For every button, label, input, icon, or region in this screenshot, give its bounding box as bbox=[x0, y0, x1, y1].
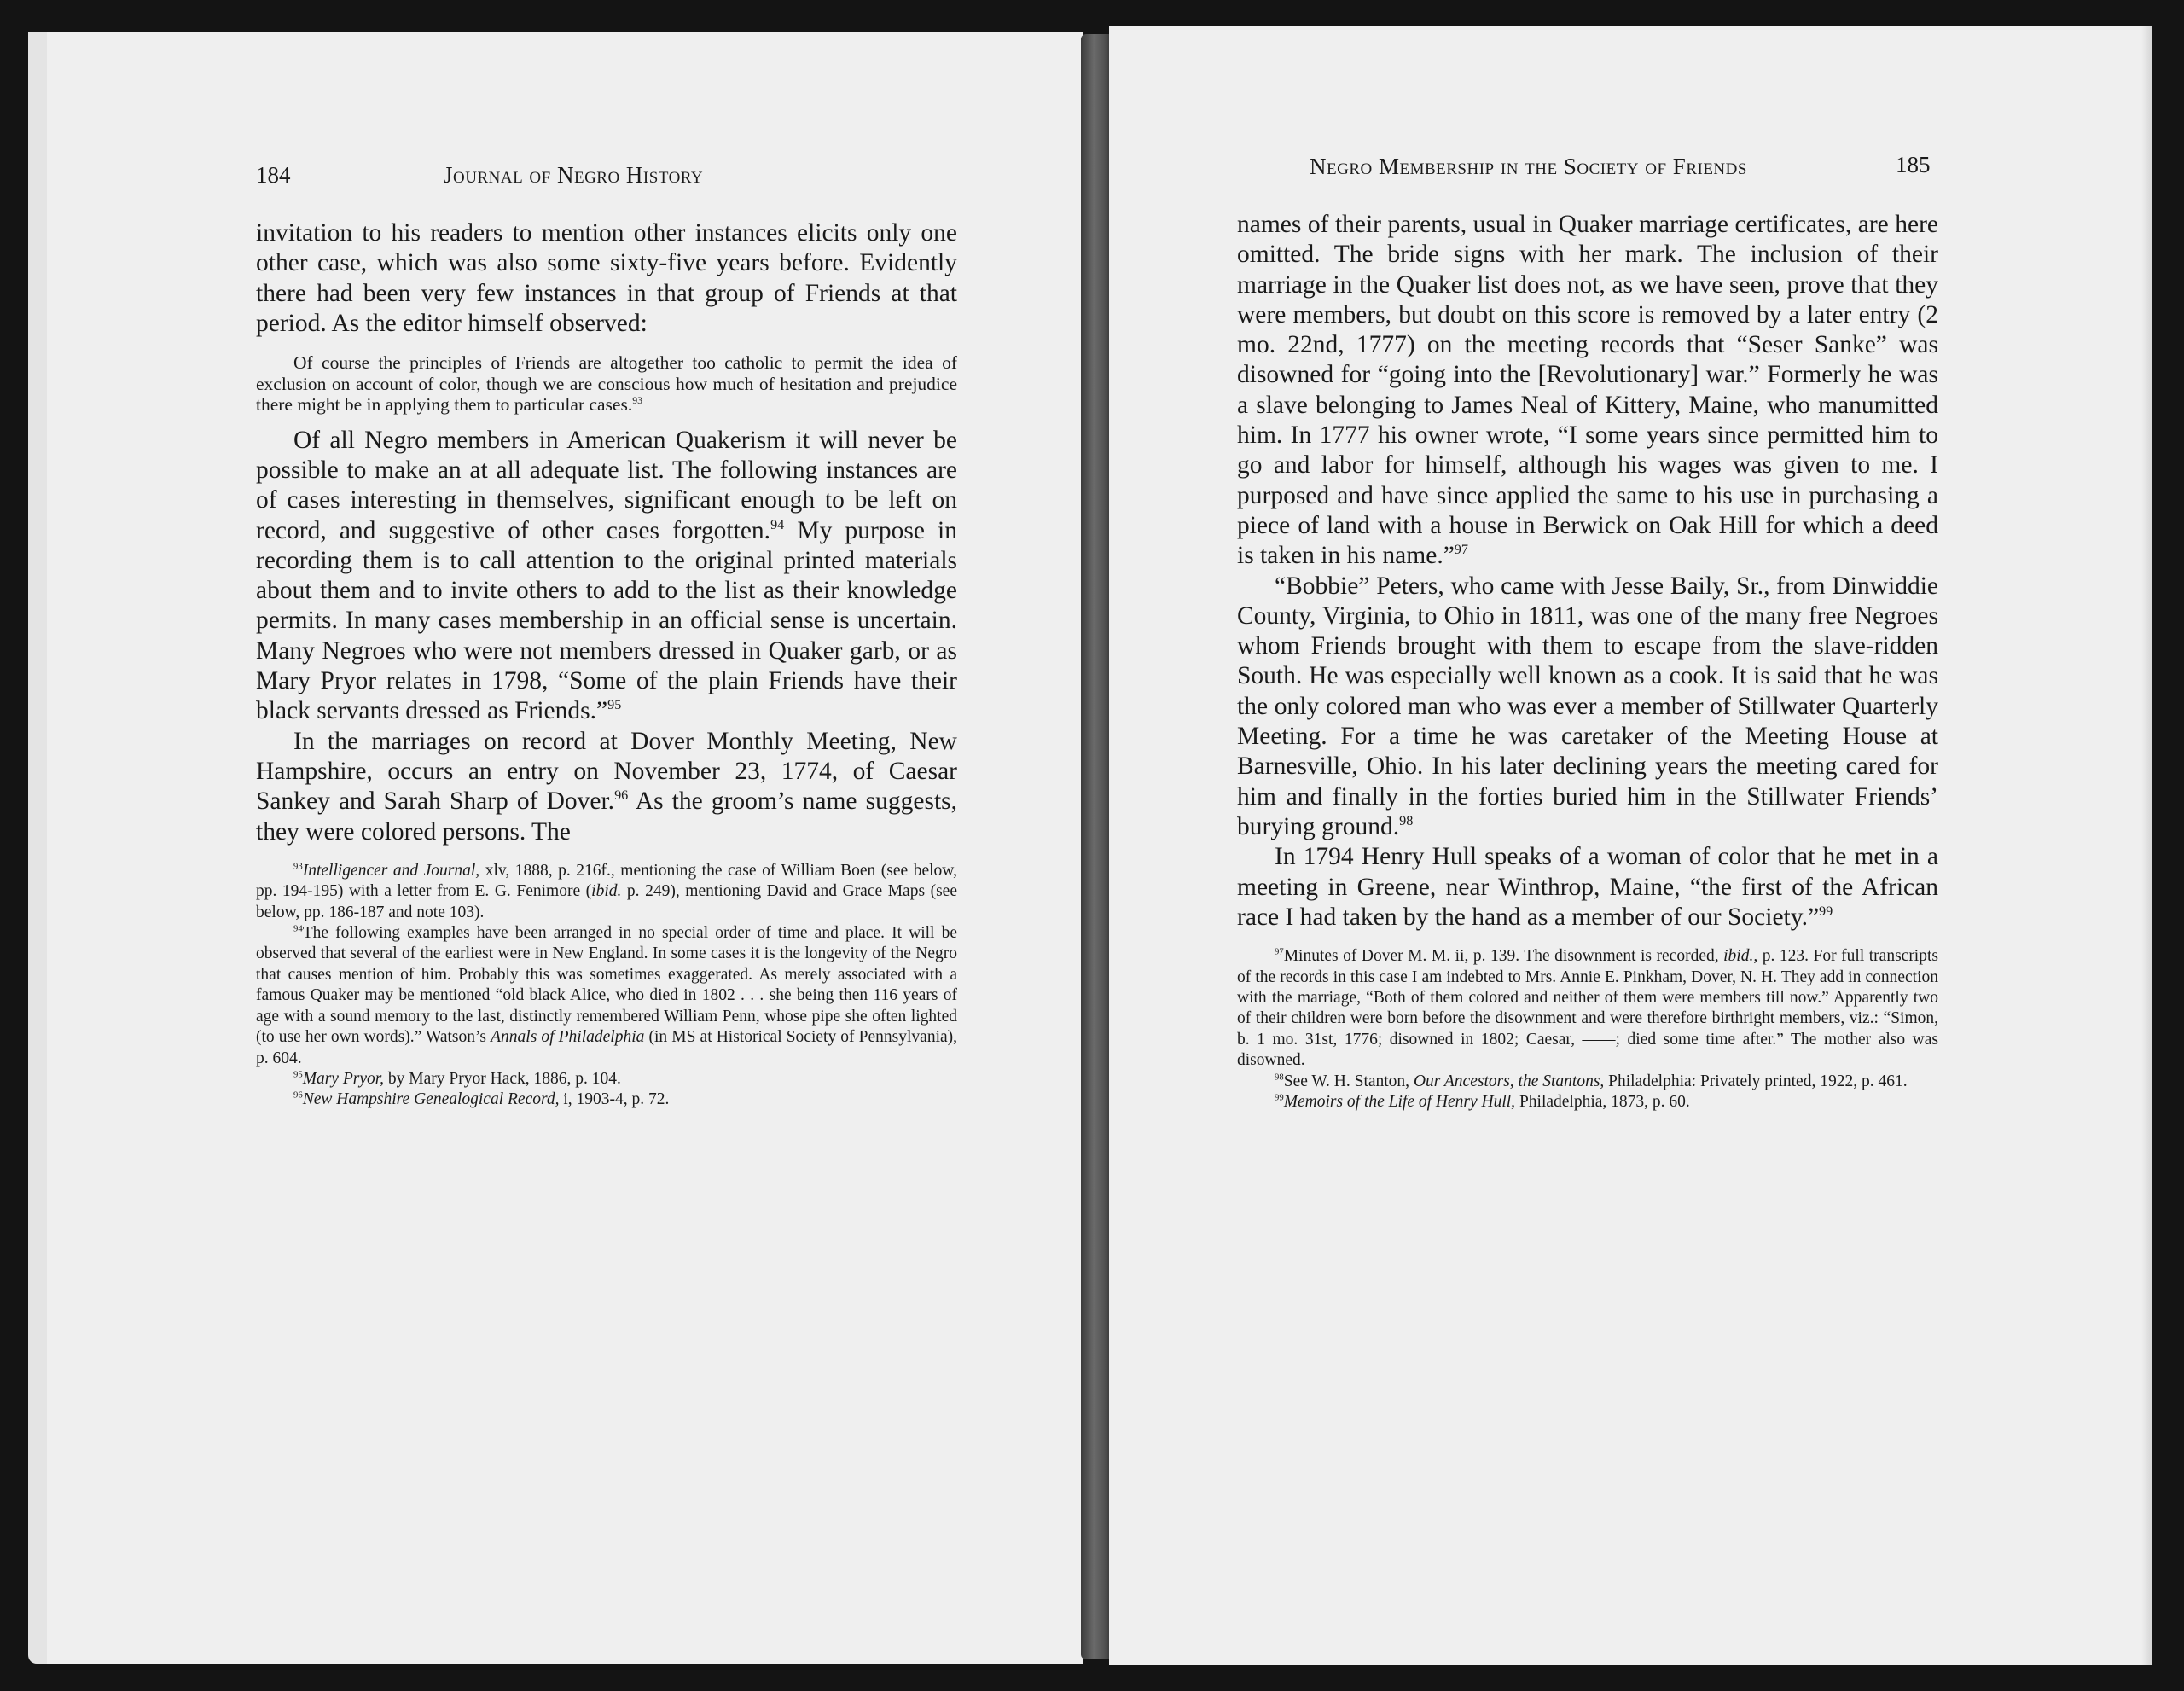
paragraph: In 1794 Henry Hull speaks of a woman of … bbox=[1237, 842, 1938, 933]
footnote: 94The following examples have been arran… bbox=[256, 923, 957, 1069]
footnote-ref[interactable]: 94 bbox=[770, 517, 784, 532]
footnote: 93Intelligencer and Journal, xlv, 1888, … bbox=[256, 861, 957, 923]
footnotes: 93Intelligencer and Journal, xlv, 1888, … bbox=[256, 861, 957, 1111]
left-page-body: invitation to his readers to mention oth… bbox=[256, 218, 957, 1111]
paragraph: invitation to his readers to mention oth… bbox=[256, 218, 957, 339]
footnote-ref[interactable]: 93 bbox=[632, 394, 642, 406]
footnote: 97Minutes of Dover M. M. ii, p. 139. The… bbox=[1237, 946, 1938, 1071]
footnote: 99Memoirs of the Life of Henry Hull, Phi… bbox=[1237, 1092, 1938, 1113]
footnote: 98See W. H. Stanton, Our Ancestors, the … bbox=[1237, 1072, 1938, 1092]
paragraph: Of all Negro members in American Quakeri… bbox=[256, 426, 957, 727]
left-page-number: 184 bbox=[256, 162, 291, 189]
right-page-body: names of their parents, usual in Quaker … bbox=[1237, 210, 1938, 1113]
block-quote: Of course the principles of Friends are … bbox=[256, 352, 957, 415]
left-running-head: Journal of Negro History bbox=[444, 162, 703, 189]
paragraph: “Bobbie” Peters, who came with Jesse Bai… bbox=[1237, 572, 1938, 843]
footnote: 96New Hampshire Genealogical Record, i, … bbox=[256, 1090, 957, 1110]
footnote-ref[interactable]: 98 bbox=[1399, 813, 1413, 828]
footnotes: 97Minutes of Dover M. M. ii, p. 139. The… bbox=[1237, 946, 1938, 1113]
paragraph: names of their parents, usual in Quaker … bbox=[1237, 210, 1938, 572]
footnote-ref[interactable]: 96 bbox=[614, 787, 628, 803]
right-page-number: 185 bbox=[1896, 152, 1931, 178]
right-running-head: Negro Membership in the Society of Frien… bbox=[1310, 154, 1747, 180]
footnote: 95Mary Pryor, by Mary Pryor Hack, 1886, … bbox=[256, 1069, 957, 1090]
footnote-ref[interactable]: 97 bbox=[1455, 542, 1468, 557]
footnote-ref[interactable]: 95 bbox=[607, 698, 621, 713]
paragraph: In the marriages on record at Dover Mont… bbox=[256, 727, 957, 847]
footnote-ref[interactable]: 99 bbox=[1819, 904, 1833, 919]
